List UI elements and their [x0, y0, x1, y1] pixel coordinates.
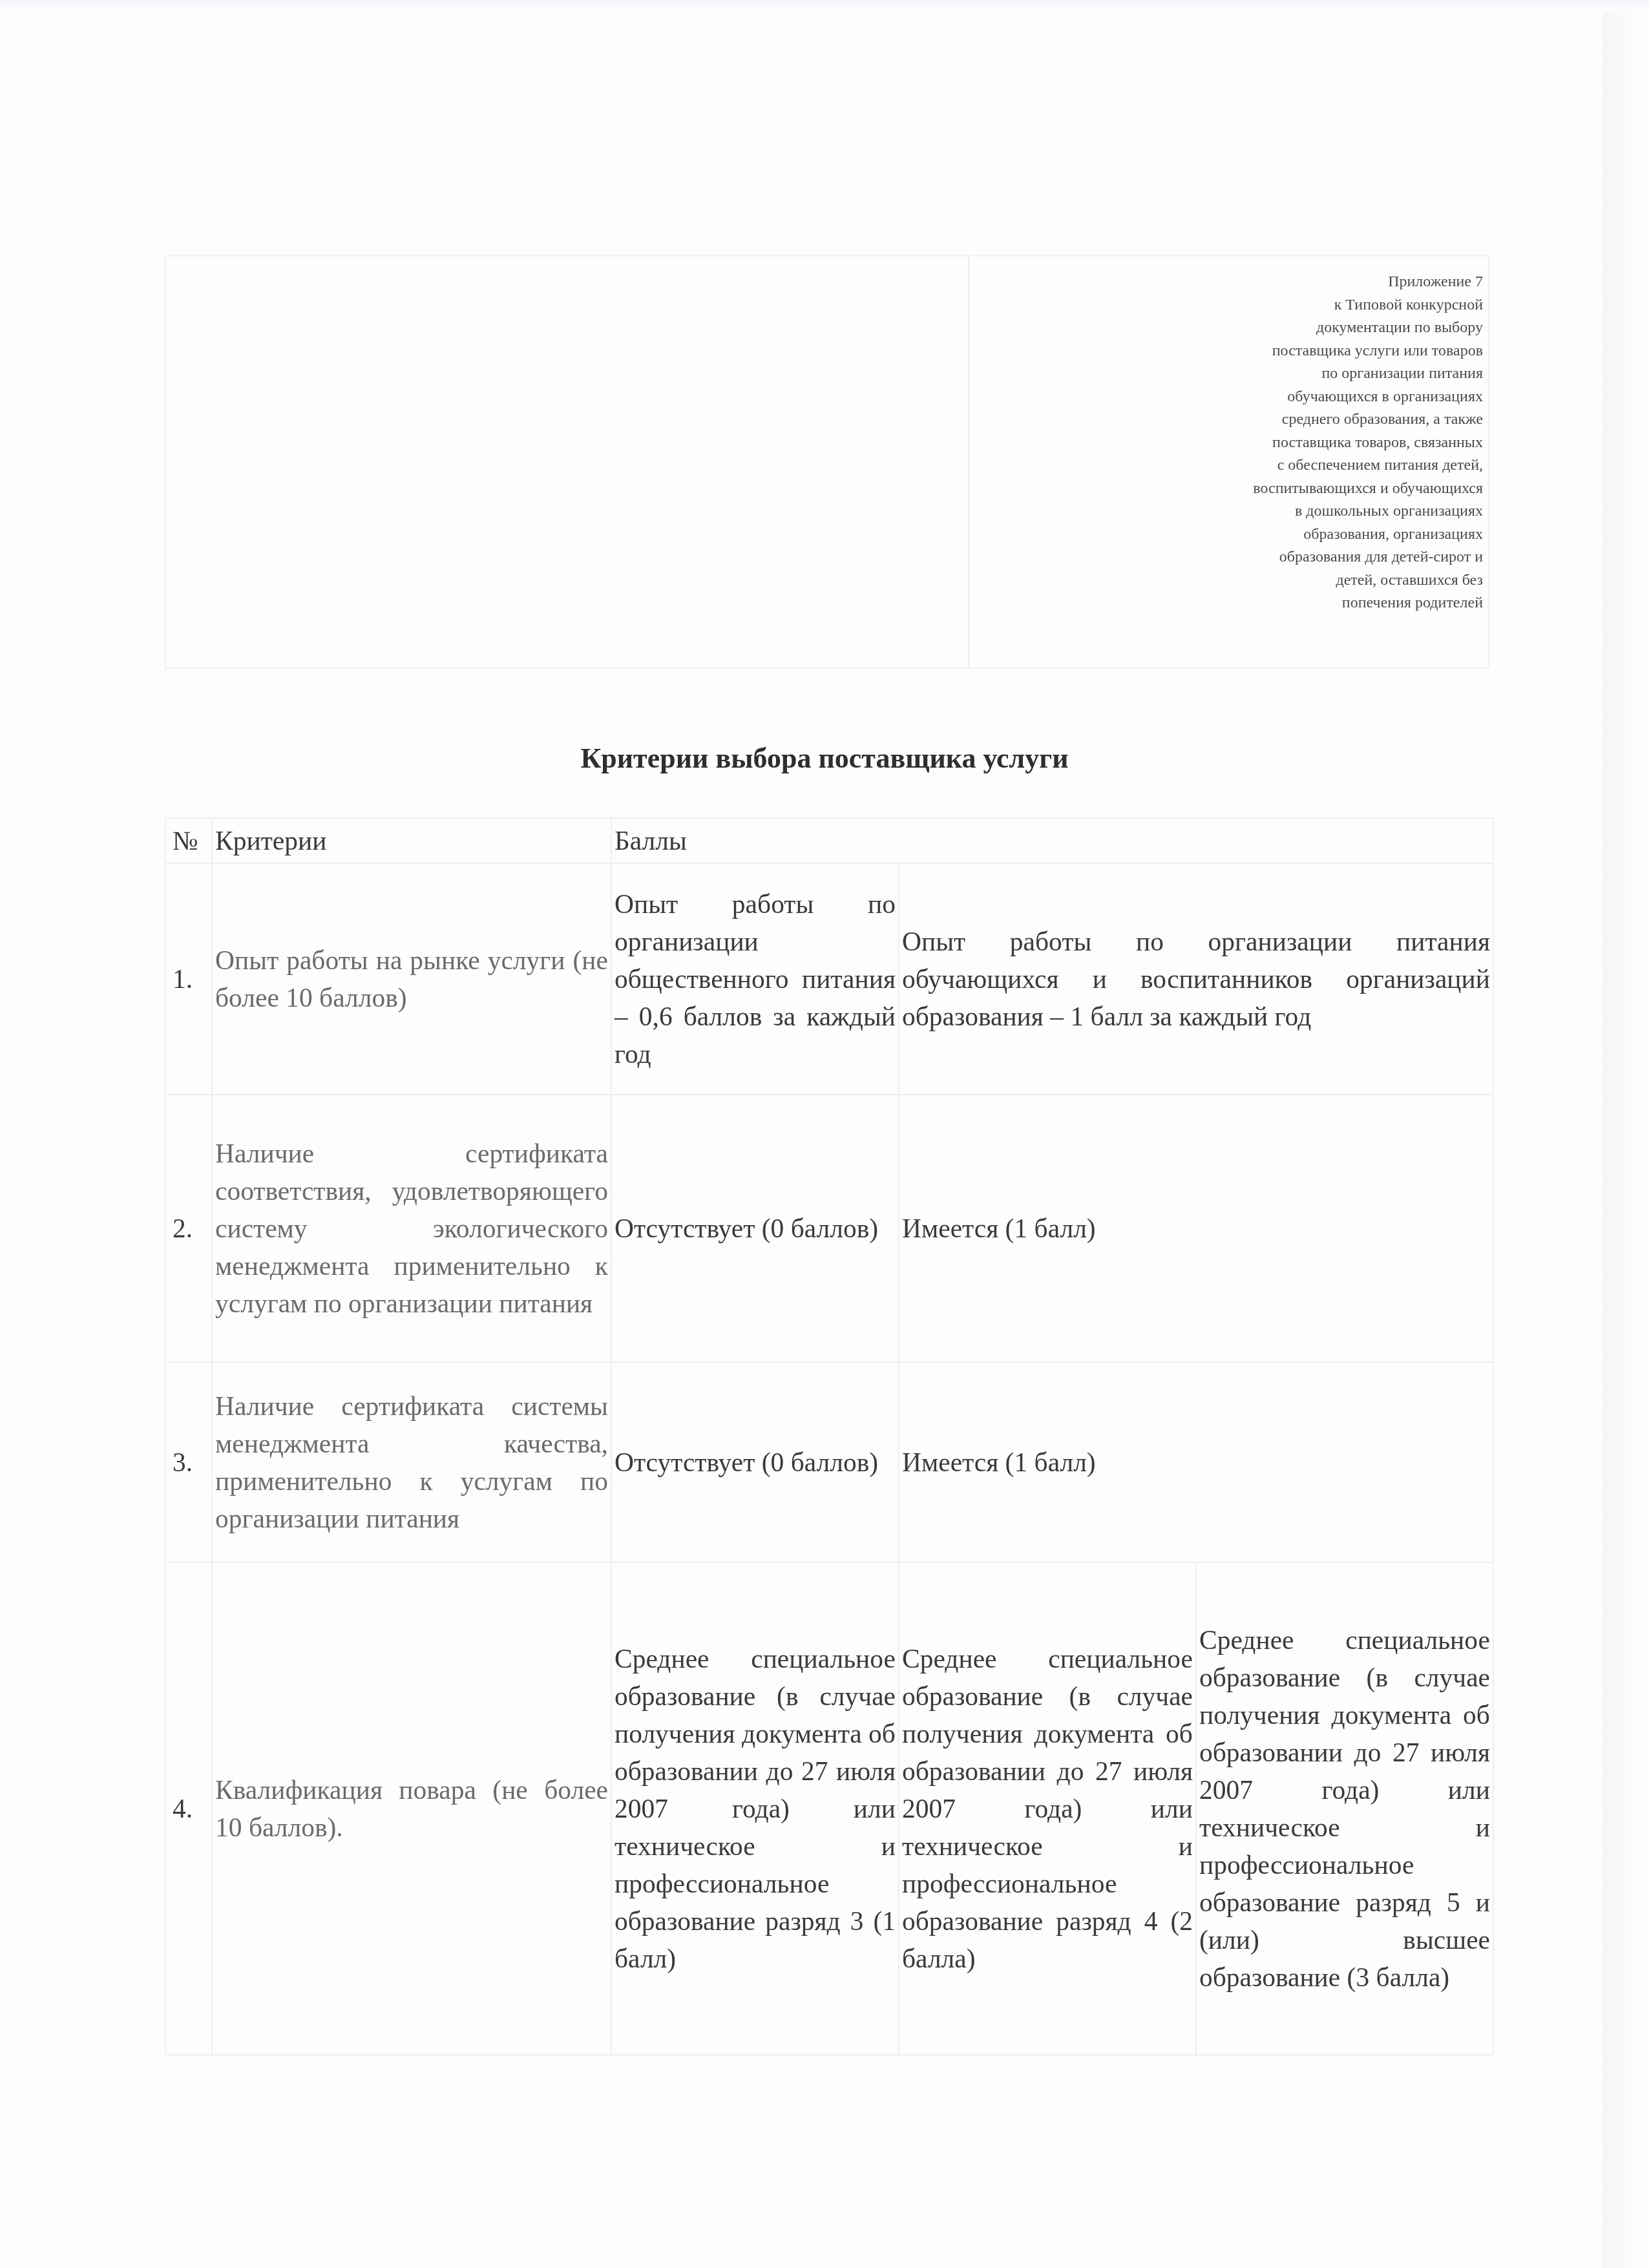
- appendix-line: детей, оставшихся без: [1121, 569, 1483, 593]
- header-criteria: Критерии: [212, 818, 611, 863]
- scan-right-edge: [1602, 13, 1635, 2268]
- row-number: 3.: [165, 1362, 212, 1562]
- appendix-line: поставщика услуги или товаров: [1121, 340, 1483, 363]
- criteria-table: № Критерии Баллы 1. Опыт работы на рынке…: [165, 817, 1494, 2055]
- appendix-line: в дошкольных организациях: [1121, 500, 1483, 523]
- appendix-line: попечения родителей: [1121, 592, 1483, 615]
- appendix-line: обучающихся в организациях: [1121, 386, 1483, 409]
- score-cell: Среднее специальное образование (в случа…: [1196, 1562, 1493, 2055]
- table-row: 4. Квалификация повара (не более 10 балл…: [165, 1562, 1493, 2055]
- row-number: 1.: [165, 863, 212, 1095]
- appendix-line: среднего образования, а также: [1121, 408, 1483, 432]
- table-row: 1. Опыт работы на рынке услуги (не более…: [165, 863, 1493, 1095]
- score-cell: Среднее специальное образование (в случа…: [899, 1562, 1196, 2055]
- score-cell: Опыт работы по организации питания обуча…: [899, 863, 1493, 1095]
- appendix-line: документации по выбору: [1121, 317, 1483, 340]
- appendix-line: Приложение 7: [1121, 271, 1483, 294]
- appendix-line: с обеспечением питания детей,: [1121, 454, 1483, 478]
- header-number: №: [165, 818, 212, 863]
- criterion-cell: Опыт работы на рынке услуги (не более 10…: [212, 863, 611, 1095]
- score-cell: Отсутствует (0 баллов): [611, 1362, 899, 1562]
- score-cell: Среднее специальное образование (в случа…: [611, 1562, 899, 2055]
- table-header-row: № Критерии Баллы: [165, 818, 1493, 863]
- table-row: 3. Наличие сертификата системы менеджмен…: [165, 1362, 1493, 1562]
- appendix-line: образования, организациях: [1121, 523, 1483, 547]
- score-cell: Опыт работы по организации общественного…: [611, 863, 899, 1095]
- appendix-header-box: Приложение 7 к Типовой конкурсной докуме…: [165, 255, 1489, 669]
- row-number: 2.: [165, 1095, 212, 1362]
- document-title: Критерии выбора поставщика услуги: [0, 742, 1649, 775]
- criterion-cell: Наличие сертификата системы менеджмента …: [212, 1362, 611, 1562]
- criterion-cell: Наличие сертификата соответствия, удовле…: [212, 1095, 611, 1362]
- appendix-divider: [968, 257, 969, 667]
- score-cell: Отсутствует (0 баллов): [611, 1095, 899, 1362]
- appendix-line: по организации питания: [1121, 362, 1483, 386]
- criterion-cell: Квалификация повара (не более 10 баллов)…: [212, 1562, 611, 2055]
- scan-top-edge: [0, 0, 1649, 13]
- table-row: 2. Наличие сертификата соответствия, удо…: [165, 1095, 1493, 1362]
- header-points: Баллы: [611, 818, 1493, 863]
- appendix-reference: Приложение 7 к Типовой конкурсной докуме…: [1121, 271, 1483, 615]
- appendix-line: образования для детей-сирот и: [1121, 546, 1483, 569]
- score-cell: Имеется (1 балл): [899, 1362, 1493, 1562]
- score-cell: Имеется (1 балл): [899, 1095, 1493, 1362]
- appendix-line: к Типовой конкурсной: [1121, 294, 1483, 317]
- appendix-line: воспитывающихся и обучающихся: [1121, 478, 1483, 501]
- appendix-line: поставщика товаров, связанных: [1121, 432, 1483, 455]
- row-number: 4.: [165, 1562, 212, 2055]
